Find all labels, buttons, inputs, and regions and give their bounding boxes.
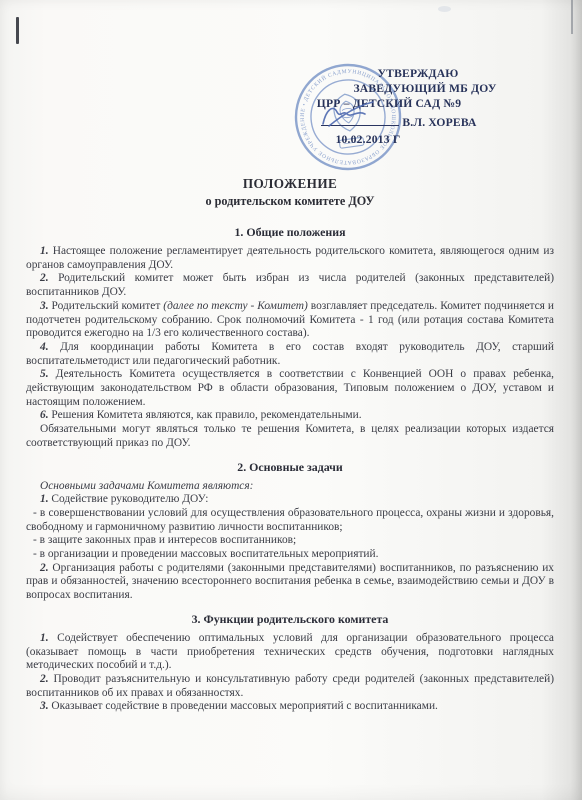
paragraph: 4. Для координации работы Комитета в его… bbox=[26, 341, 554, 368]
item-number: 5. bbox=[40, 368, 49, 380]
paragraph: 5. Деятельность Комитета осуществляется … bbox=[26, 368, 554, 409]
item-text: Содействие руководителю ДОУ: bbox=[51, 493, 208, 505]
item-text: Обязательными могут являться только те р… bbox=[26, 423, 554, 449]
item-number: 2. bbox=[40, 673, 49, 685]
item-text: Проводит разъяснительную и консультативн… bbox=[26, 673, 554, 699]
paragraph: 3. Оказывает содействие в проведении мас… bbox=[26, 700, 554, 714]
item-text: Настоящее положение регламентирует деяте… bbox=[26, 245, 554, 271]
item-text: Деятельность Комитета осуществляется в с… bbox=[26, 368, 554, 407]
section-intro: Основными задачами Комитета являются: bbox=[26, 480, 554, 494]
paragraph: 2. Организация работы с родителями (зако… bbox=[26, 562, 554, 603]
approval-position: ЗАВЕДУЮЩИЙ МБ ДОУ bbox=[295, 81, 555, 96]
item-number: 6. bbox=[40, 409, 49, 421]
item-number: 4. bbox=[40, 341, 49, 353]
item-text: Решения Комитета являются, как правило, … bbox=[51, 409, 361, 421]
paragraph: 1. Содействует обеспечению оптимальных у… bbox=[26, 632, 554, 673]
item-text: Родительский комитет может быть избран и… bbox=[26, 272, 554, 298]
item-text: Организация работы с родителями (законны… bbox=[26, 562, 554, 601]
paragraph: 2. Проводит разъяснительную и консультат… bbox=[26, 673, 554, 700]
section-3-heading: 3. Функции родительского комитета bbox=[26, 612, 554, 626]
signature-line bbox=[321, 113, 399, 126]
paragraph: - в организации и проведении массовых во… bbox=[26, 548, 554, 562]
item-number: 2. bbox=[40, 562, 49, 574]
document-body: ПОЛОЖЕНИЕ о родительском комитете ДОУ 1.… bbox=[26, 176, 554, 714]
approval-word: УТВЕРЖДАЮ bbox=[288, 66, 548, 81]
paragraph: - в защите законных прав и интересов вос… bbox=[26, 534, 554, 548]
scan-artifact bbox=[438, 6, 451, 12]
page-edge-line bbox=[571, 0, 573, 34]
signature-row: В.Л. ХОРЕВА bbox=[269, 113, 529, 130]
approver-name: В.Л. ХОРЕВА bbox=[402, 116, 476, 129]
item-text-italic: (далее по тексту - Комитет) bbox=[163, 300, 308, 312]
approval-block: УТВЕРЖДАЮ ЗАВЕДУЮЩИЙ МБ ДОУ ЦРР – ДЕТСКИ… bbox=[288, 66, 548, 147]
section-1-heading: 1. Общие положения bbox=[26, 225, 554, 239]
item-text: Для координации работы Комитета в его со… bbox=[26, 341, 554, 367]
item-number: 1. bbox=[40, 245, 49, 257]
item-number: 3. bbox=[40, 300, 49, 312]
document-title: ПОЛОЖЕНИЕ bbox=[26, 176, 554, 191]
item-text: - в защите законных прав и интересов вос… bbox=[33, 534, 296, 546]
paragraph: 1. Настоящее положение регламентирует де… bbox=[26, 245, 554, 272]
paragraph: - в совершенствовании условий для осущес… bbox=[26, 507, 554, 534]
paragraph: 1. Содействие руководителю ДОУ: bbox=[26, 493, 554, 507]
scanned-document-page: МУНИЦИПАЛЬНОЕ ДОШКОЛЬНОЕ ОБРАЗОВАТЕЛЬНОЕ… bbox=[0, 0, 582, 800]
approval-date: 10.02.2013 Г bbox=[238, 132, 498, 147]
item-text: Родительский комитет bbox=[52, 300, 164, 312]
item-number: 2. bbox=[40, 272, 49, 284]
item-number: 1. bbox=[40, 632, 49, 644]
item-text: Оказывает содействие в проведении массов… bbox=[51, 700, 437, 712]
paragraph: Обязательными могут являться только те р… bbox=[26, 423, 554, 450]
pen-mark bbox=[16, 17, 19, 44]
section-2-heading: 2. Основные задачи bbox=[26, 460, 554, 474]
item-number: 1. bbox=[40, 493, 49, 505]
item-text: - в организации и проведении массовых во… bbox=[33, 548, 378, 560]
paragraph: 3. Родительский комитет (далее по тексту… bbox=[26, 300, 554, 341]
item-number: 3. bbox=[40, 700, 49, 712]
item-text: Основными задачами Комитета являются: bbox=[40, 480, 253, 492]
document-subtitle: о родительском комитете ДОУ bbox=[26, 194, 554, 208]
paragraph: 6. Решения Комитета являются, как правил… bbox=[26, 409, 554, 423]
paragraph: 2. Родительский комитет может быть избра… bbox=[26, 272, 554, 299]
item-text: Содействует обеспечению оптимальных усло… bbox=[26, 632, 554, 671]
handwritten-signature bbox=[313, 100, 405, 130]
item-text: - в совершенствовании условий для осущес… bbox=[26, 507, 554, 533]
